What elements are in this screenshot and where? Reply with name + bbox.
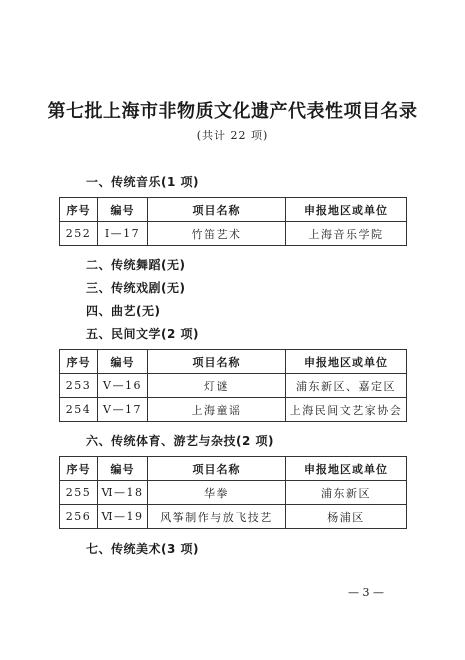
table-row: 254 Ⅴ—17 上海童谣 上海民间文艺家协会 [60, 398, 407, 422]
cell-seq: 252 [60, 222, 98, 246]
header-unit: 申报地区或单位 [286, 457, 407, 481]
table-header-row: 序号 编号 项目名称 申报地区或单位 [60, 350, 407, 374]
section-heading-traditional-art: 七、传统美术(3 项) [86, 540, 199, 557]
cell-name: 上海童谣 [148, 398, 286, 422]
cell-unit: 浦东新区 [286, 481, 407, 505]
header-name: 项目名称 [148, 457, 286, 481]
header-name: 项目名称 [148, 350, 286, 374]
cell-seq: 253 [60, 374, 98, 398]
section-heading-traditional-drama: 三、传统戏剧(无) [86, 279, 185, 296]
header-code: 编号 [98, 350, 148, 374]
cell-name: 风筝制作与放飞技艺 [148, 505, 286, 529]
cell-code: Ⅰ—17 [98, 222, 148, 246]
header-code: 编号 [98, 457, 148, 481]
cell-seq: 255 [60, 481, 98, 505]
section-heading-sports-acrobatics: 六、传统体育、游艺与杂技(2 项) [86, 432, 274, 449]
header-code: 编号 [98, 198, 148, 222]
cell-code: Ⅴ—16 [98, 374, 148, 398]
table-folk-literature: 序号 编号 项目名称 申报地区或单位 253 Ⅴ—16 灯谜 浦东新区、嘉定区 … [59, 349, 407, 422]
document-subtitle: (共计 22 项) [0, 127, 465, 143]
cell-name: 竹笛艺术 [148, 222, 286, 246]
cell-unit: 浦东新区、嘉定区 [286, 374, 407, 398]
table-row: 253 Ⅴ—16 灯谜 浦东新区、嘉定区 [60, 374, 407, 398]
cell-name: 灯谜 [148, 374, 286, 398]
document-title: 第七批上海市非物质文化遗产代表性项目名录 [0, 97, 465, 123]
header-unit: 申报地区或单位 [286, 350, 407, 374]
cell-name: 华拳 [148, 481, 286, 505]
header-seq: 序号 [60, 457, 98, 481]
cell-seq: 254 [60, 398, 98, 422]
section-heading-folk-literature: 五、民间文学(2 项) [86, 325, 199, 342]
header-seq: 序号 [60, 350, 98, 374]
cell-code: Ⅴ—17 [98, 398, 148, 422]
section-heading-traditional-dance: 二、传统舞蹈(无) [86, 256, 185, 273]
table-sports-acrobatics: 序号 编号 项目名称 申报地区或单位 255 Ⅵ—18 华拳 浦东新区 256 … [59, 456, 407, 529]
table-header-row: 序号 编号 项目名称 申报地区或单位 [60, 198, 407, 222]
table-header-row: 序号 编号 项目名称 申报地区或单位 [60, 457, 407, 481]
cell-seq: 256 [60, 505, 98, 529]
section-heading-quyi: 四、曲艺(无) [86, 302, 160, 319]
table-row: 252 Ⅰ—17 竹笛艺术 上海音乐学院 [60, 222, 407, 246]
table-row: 255 Ⅵ—18 华拳 浦东新区 [60, 481, 407, 505]
header-name: 项目名称 [148, 198, 286, 222]
cell-code: Ⅵ—18 [98, 481, 148, 505]
header-seq: 序号 [60, 198, 98, 222]
page-number: — 3 — [348, 586, 384, 599]
header-unit: 申报地区或单位 [286, 198, 407, 222]
table-traditional-music: 序号 编号 项目名称 申报地区或单位 252 Ⅰ—17 竹笛艺术 上海音乐学院 [59, 197, 407, 246]
cell-unit: 杨浦区 [286, 505, 407, 529]
cell-unit: 上海音乐学院 [286, 222, 407, 246]
cell-code: Ⅵ—19 [98, 505, 148, 529]
table-row: 256 Ⅵ—19 风筝制作与放飞技艺 杨浦区 [60, 505, 407, 529]
section-heading-traditional-music: 一、传统音乐(1 项) [86, 173, 199, 190]
cell-unit: 上海民间文艺家协会 [286, 398, 407, 422]
